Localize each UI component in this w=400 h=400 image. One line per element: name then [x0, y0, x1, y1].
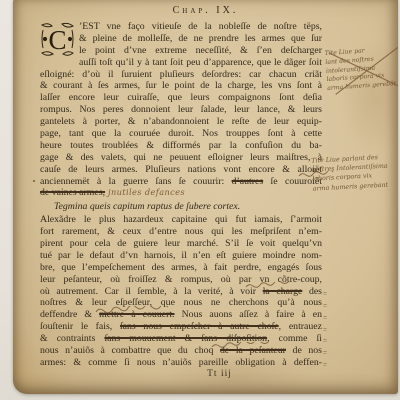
line-end-mark: =: [323, 361, 326, 369]
text-segment: leur peſanteur, où froiſſez & rompus, où…: [40, 274, 322, 285]
woodcut-initial-art: C: [40, 22, 75, 57]
text-segment: & contraints: [40, 333, 104, 344]
text-segment: eſloigné: d’où il ſuruient pluſieurs deſ…: [40, 69, 322, 80]
ink-speck: [33, 180, 35, 182]
line-end-mark: =: [323, 302, 326, 310]
text-segment: fort rarement, & ceux d’entre nous qui l…: [40, 226, 322, 237]
text-segment: où autrement. Car il ſemble, à la verité…: [40, 286, 263, 297]
text-segment: Tegmina queis capitum raptus de ſubere c…: [54, 201, 240, 212]
body-line: tué par le defaut d’vn harnois, il n’en …: [40, 250, 322, 262]
body-line: cauſe de leurs armes. Pluſieurs nations …: [40, 164, 322, 176]
body-line: Alexãdre le plus hazardeux capitaine qui…: [40, 214, 322, 226]
body-line: heure toutes troublées & difformés par l…: [40, 140, 322, 152]
margin-note-crossed: Tite Liue parlant des noſtresintoleranti…: [325, 44, 398, 94]
text-segment: mettre à couuert.: [99, 309, 174, 320]
photo-frame: Des armes des Parthes. Chap. IX.: [0, 0, 400, 400]
body-line: & contraints ſans mouuement & ſans diſpo…: [40, 333, 322, 345]
text-segment: ’EST vne faço vitieuſe de la nobleſſe de…: [79, 21, 322, 32]
body-line: bre, que l’empeſchement des armes, à fai…: [40, 262, 322, 274]
body-line: ’EST vne faço vitieuſe de la nobleſſe de…: [40, 21, 322, 33]
svg-text:C: C: [48, 25, 66, 55]
text-segment: & pleine de molleſſe, de ne prendre les …: [79, 33, 322, 44]
text-segment: anciennemët à la guerre ſans ſe couurir:: [40, 176, 232, 187]
text-segment: heure toutes troublées & difformés par l…: [40, 140, 322, 151]
text-segment: de nos: [286, 345, 322, 356]
text-segment: gantelets à porter, & n’abandonnoient le…: [40, 116, 322, 127]
text-segment: bre, que l’empeſchement des armes, à fai…: [40, 262, 322, 273]
body-line: eſloigné: d’où il ſuruient pluſieurs deſ…: [40, 69, 322, 81]
text-segment: armes: & comme ſi nous n’auiõs pareille …: [40, 357, 322, 368]
line-end-mark: =: [323, 349, 326, 357]
body-line: laſſer encore leur cuiraſſe, que leurs c…: [40, 92, 322, 104]
body-line: gage & des valets, qui ne peuuent eſloig…: [40, 152, 322, 164]
text-segment: Alexãdre le plus hazardeux capitaine qui…: [40, 214, 322, 225]
line-end-mark: =: [323, 314, 326, 322]
text-segment: ſans nous empeſcher à autre choſe: [120, 321, 279, 332]
text-segment: , entrauez: [279, 321, 322, 332]
text-segment: page, tant que la couruée duroit. Nos tr…: [40, 128, 322, 139]
text-segment: le point d’vne extreme neceſſité, & ſ’en…: [79, 45, 322, 56]
latin-quote-line: Tegmina queis capitum raptus de ſubere c…: [40, 201, 322, 213]
text-segment: des: [302, 286, 322, 297]
line-end-mark: =: [323, 290, 326, 298]
body-line: page, tant que la couruée duroit. Nos tr…: [40, 128, 322, 140]
book-page: Des armes des Parthes. Chap. IX.: [13, 0, 398, 394]
body-line: leur peſanteur, où froiſſez & rompus, où…: [40, 274, 322, 286]
text-segment: Nous auons aſſez à faire à en: [175, 309, 323, 320]
body-line: noſtres & leur eſpeſſeur, que nous ne ch…: [40, 297, 322, 309]
drop-cap-initial: C: [40, 22, 75, 57]
text-segment: jnutiles defances: [105, 187, 185, 197]
body-line: de vaines armes, jnutiles defances: [40, 187, 322, 199]
text-segment: de la peſanteur: [220, 345, 286, 356]
text-segment: tué par le defaut d’vn harnois, il n’en …: [40, 250, 322, 261]
line-end-mark: =: [323, 337, 326, 345]
body-line: anciennemët à la guerre ſans ſe couurir:…: [40, 176, 322, 188]
signature-mark: Tt iij: [13, 369, 398, 379]
body-text: C ’EST vne faço vitieuſe de la nobleſſe …: [40, 21, 322, 369]
body-line: auſſi toſt qu’il y à tant ſoit peu d’app…: [40, 57, 322, 69]
text-segment: pirent pour cela de guiere leur marché. …: [40, 238, 322, 249]
text-segment: auſſi toſt qu’il y à tant ſoit peu d’app…: [79, 57, 322, 68]
text-segment: gage & des valets, qui ne peuuent eſloig…: [40, 152, 322, 163]
text-segment: nous n’auiõs à combattre que du choq: [40, 345, 220, 356]
chapter-heading: Chap. IX.: [13, 5, 398, 16]
body-line: rompus. Nos peres donnoient leur ſalade,…: [40, 104, 322, 116]
body-line: & courant à ſes armes, ſur le point de l…: [40, 80, 322, 92]
body-line: armes: & comme ſi nous n’auiõs pareille …: [40, 357, 322, 369]
text-segment: rompus. Nos peres donnoient leur ſalade,…: [40, 104, 322, 115]
text-segment: laſſer encore leur cuiraſſe, que leurs c…: [40, 92, 322, 103]
body-line: gantelets à porter, & n’abandonnoient le…: [40, 116, 322, 128]
text-segment: de vaines armes,: [40, 187, 105, 198]
body-line: & pleine de molleſſe, de ne prendre les …: [40, 33, 322, 45]
text-segment: d’autres: [232, 176, 264, 187]
text-segment: la charge: [263, 286, 303, 297]
body-line: où autrement. Car il ſemble, à la verité…: [40, 286, 322, 298]
body-line: deffendre & mettre à couuert. Nous auons…: [40, 309, 322, 321]
body-line: fort rarement, & ceux d’entre nous qui l…: [40, 226, 322, 238]
body-line: le point d’vne extreme neceſſité, & ſ’en…: [40, 45, 322, 57]
text-segment: deffendre &: [40, 309, 99, 320]
body-line: pirent pour cela de guiere leur marché. …: [40, 238, 322, 250]
line-end-mark: =: [323, 326, 326, 334]
text-segment: noſtres & leur eſpeſſeur, que nous ne ch…: [40, 297, 322, 308]
text-segment: ſouſtenir le fais,: [40, 321, 120, 332]
text-segment: ſans mouuement & ſans diſpoſition: [104, 333, 267, 344]
running-header: Des armes des Parthes.: [13, 0, 398, 3]
margin-note-livy: Tite Liue parlant desnoſtres Intoleranti…: [311, 151, 398, 193]
body-line: ſouſtenir le fais, ſans nous empeſcher à…: [40, 321, 322, 333]
text-segment: , comme ſi: [267, 333, 322, 344]
running-header-text: Des armes des Parthes.: [13, 0, 398, 1]
text-segment: cauſe de leurs armes. Pluſieurs nations …: [40, 164, 322, 175]
body-line: nous n’auiõs à combattre que du choq de …: [40, 345, 322, 357]
text-segment: & courant à ſes armes, ſur le point de l…: [40, 80, 322, 91]
